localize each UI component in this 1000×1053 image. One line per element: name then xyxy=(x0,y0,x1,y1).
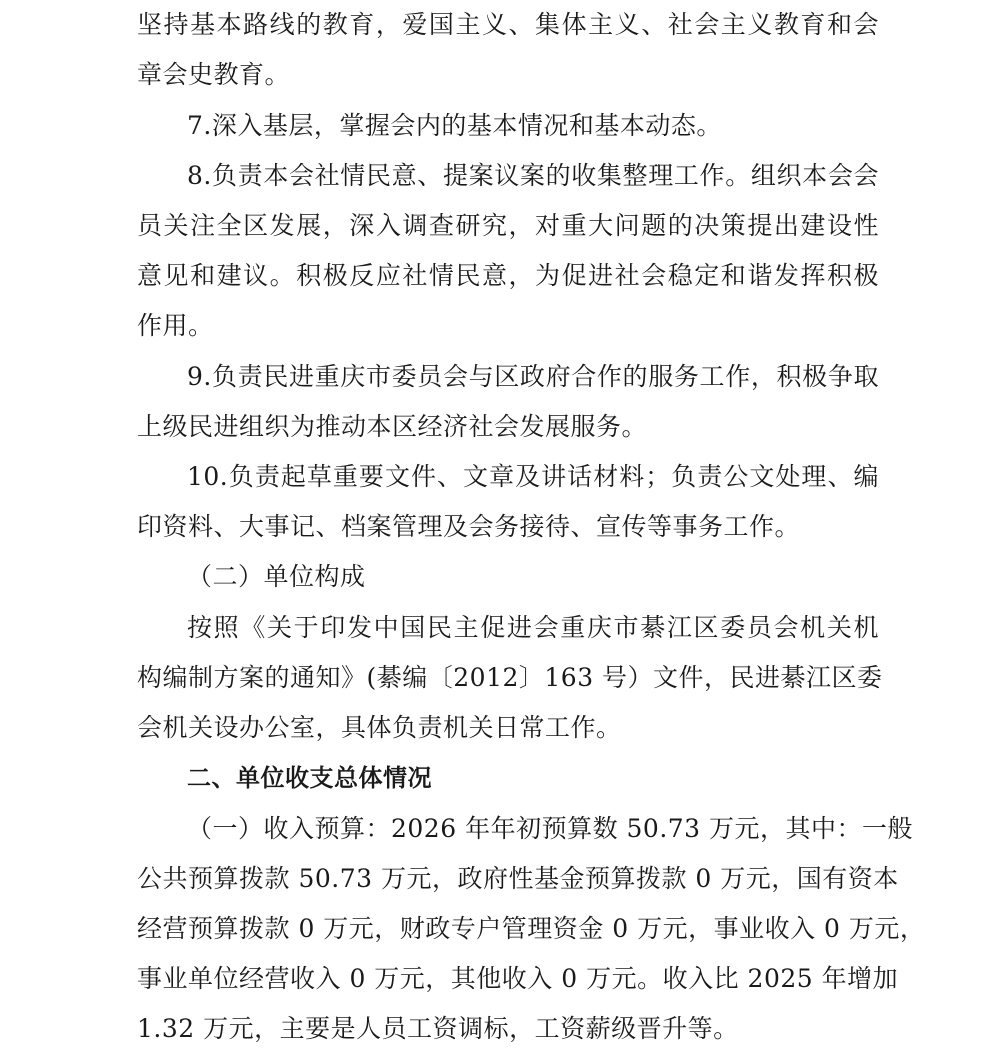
income-budget-line: 公共预算拨款 50.73 万元，政府性基金预算拨款 0 万元，国有资本 xyxy=(137,854,879,904)
list-item-8-line: 8.负责本会社情民意、提案议案的收集整理工作。组织本会会 xyxy=(187,151,879,201)
section-heading: 二、单位收支总体情况 xyxy=(187,753,432,803)
list-item-10-line: 印资料、大事记、档案管理及会务接待、宣传等事务工作。 xyxy=(137,502,800,552)
list-item-8-line: 意见和建议。积极反应社情民意，为促进社会稳定和谐发挥积极 xyxy=(137,251,879,301)
paragraph-line: 章会史教育。 xyxy=(137,50,290,100)
income-budget-line: （一）收入预算：2026 年年初预算数 50.73 万元，其中：一般 xyxy=(187,804,879,854)
subheading-unit-composition: （二）单位构成 xyxy=(187,552,366,602)
list-item-9-line: 9.负责民进重庆市委员会与区政府合作的服务工作，积极争取 xyxy=(187,352,879,402)
list-item-8-line: 作用。 xyxy=(137,301,214,351)
income-budget-line: 经营预算拨款 0 万元，财政专户管理资金 0 万元，事业收入 0 万元， xyxy=(137,904,879,954)
unit-composition-line: 构编制方案的通知》(綦编〔2012〕163 号）文件，民进綦江区委 xyxy=(137,653,879,703)
unit-composition-line: 会机关设办公室，具体负责机关日常工作。 xyxy=(137,703,622,753)
income-budget-line: 事业单位经营收入 0 万元，其他收入 0 万元。收入比 2025 年增加 xyxy=(137,954,879,1004)
unit-composition-line: 按照《关于印发中国民主促进会重庆市綦江区委员会机关机 xyxy=(187,603,879,653)
list-item-9-line: 上级民进组织为推动本区经济社会发展服务。 xyxy=(137,402,647,452)
paragraph-line: 坚持基本路线的教育，爱国主义、集体主义、社会主义教育和会 xyxy=(137,0,879,50)
income-budget-line: 1.32 万元，主要是人员工资调标，工资薪级晋升等。 xyxy=(137,1004,739,1053)
list-item-10-line: 10.负责起草重要文件、文章及讲话材料；负责公文处理、编 xyxy=(187,452,879,502)
list-item-7: 7.深入基层，掌握会内的基本情况和基本动态。 xyxy=(187,101,722,151)
list-item-8-line: 员关注全区发展，深入调查研究，对重大问题的决策提出建设性 xyxy=(137,201,879,251)
